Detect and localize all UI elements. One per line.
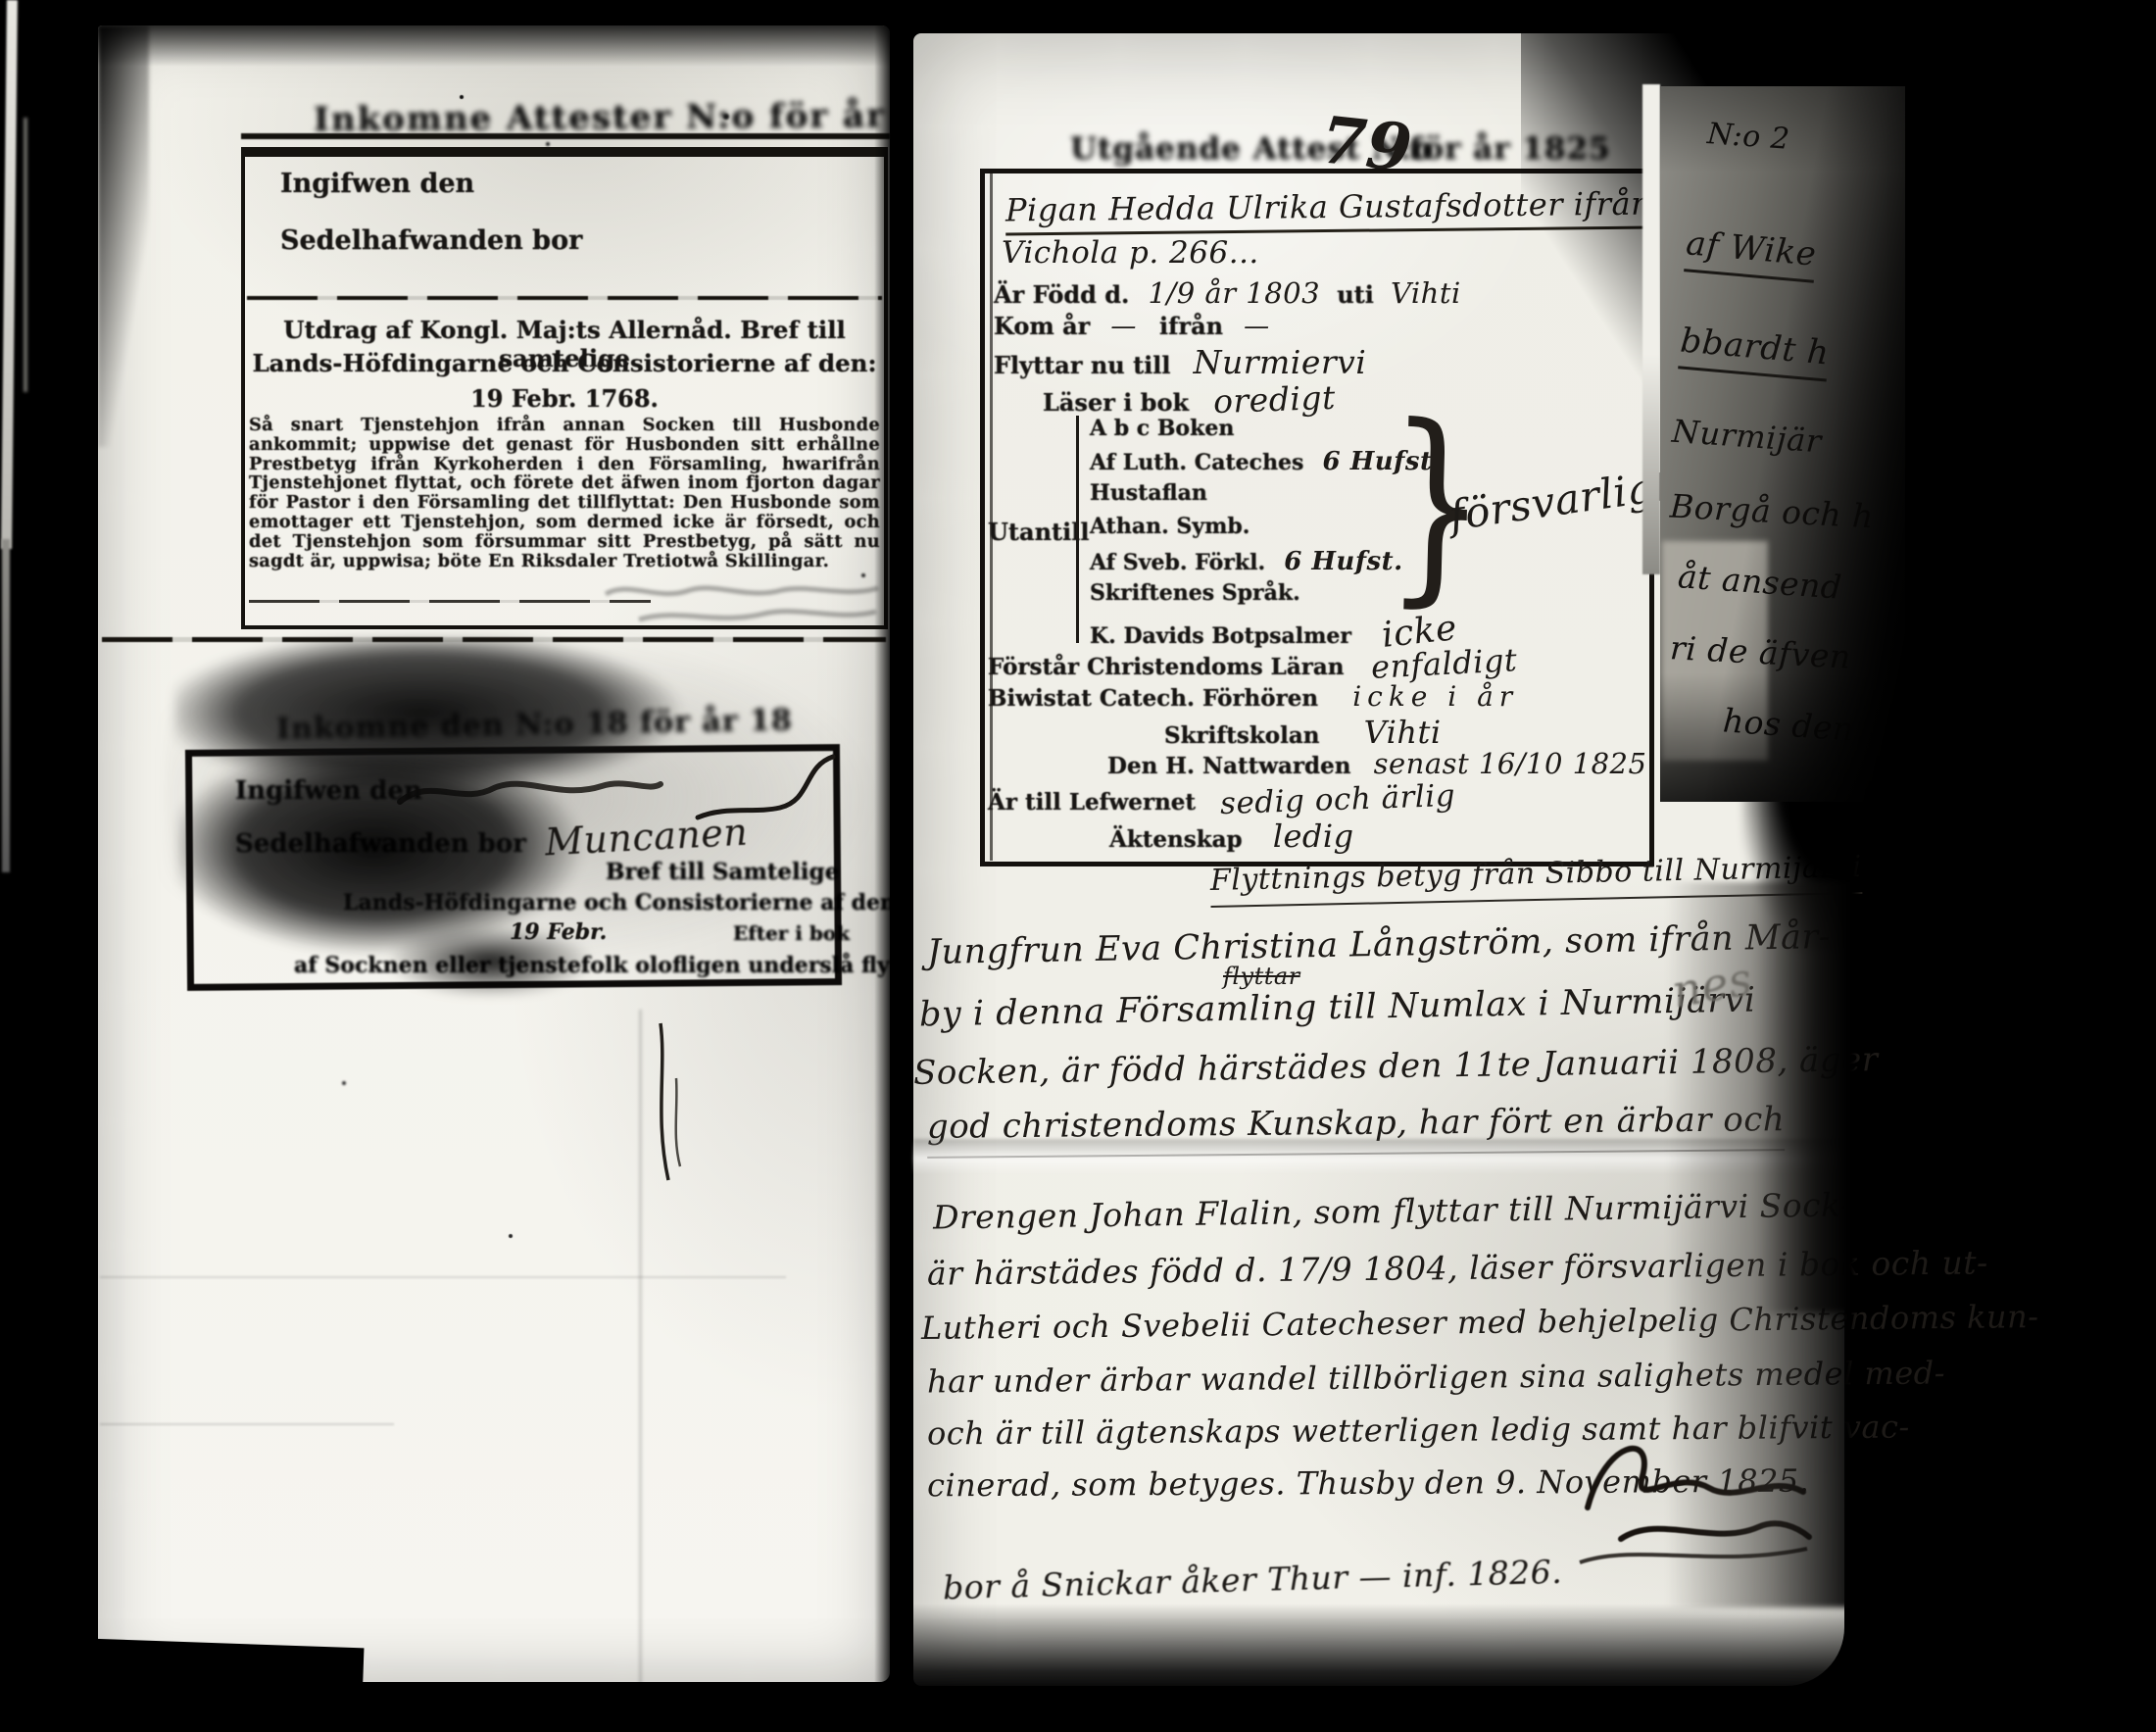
utantill-label: Utantill bbox=[988, 518, 1089, 546]
bearer-label: Sedelhafwanden bor bbox=[280, 225, 582, 256]
film-streak bbox=[2, 539, 10, 872]
catechism-item-skriftenes: Skriftenes Språk. bbox=[1090, 580, 1300, 606]
signature-scribble bbox=[1568, 1419, 1813, 1576]
right-attest-box-innerline bbox=[990, 173, 993, 861]
form-rule bbox=[247, 296, 882, 300]
biwistat-value: icke i år bbox=[1352, 680, 1518, 713]
biwistat-row: Biwistat Catech. Förhören icke i år bbox=[988, 680, 1518, 713]
lefwernet-row: Är till Lefwernet sedig och ärlig bbox=[988, 782, 1455, 817]
ink-speckles bbox=[0, 0, 2, 2]
skriftskolan-value: Vihti bbox=[1364, 714, 1442, 751]
aktenskap-value: ledig bbox=[1273, 817, 1354, 855]
decree-date: 19 Febr. 1768. bbox=[251, 384, 878, 413]
laser-value: oredigt bbox=[1213, 378, 1337, 421]
utantill-brace bbox=[1076, 416, 1079, 643]
margin-fragment-2: bbardt h bbox=[1678, 321, 1831, 381]
flyttar-label: Flyttar nu till bbox=[994, 351, 1171, 379]
skriftskolan-label: Skriftskolan bbox=[1164, 722, 1320, 749]
pen-flourish bbox=[686, 749, 853, 827]
nattwarden-value: senast 16/10 1825 bbox=[1374, 747, 1647, 780]
kom-row: Kom år — ifrån — bbox=[994, 312, 1270, 341]
form-rule bbox=[249, 600, 651, 603]
pen-mark bbox=[647, 1019, 696, 1186]
nattwarden-row: Den H. Nattwarden senast 16/10 1825 bbox=[1107, 747, 1646, 780]
margin-fragment-0: N:o 2 bbox=[1706, 117, 1791, 157]
bearer-label-2: Sedelhafwanden bor bbox=[235, 829, 526, 859]
ifran-label: ifrån bbox=[1159, 312, 1223, 340]
biwistat-label: Biwistat Catech. Förhören bbox=[988, 685, 1318, 712]
decree-body: Så snart Tjenstehjon ifrån annan Socken … bbox=[249, 416, 880, 570]
aktenskap-row: Äktenskap ledig bbox=[1109, 817, 1354, 855]
film-streak bbox=[1, 0, 18, 549]
lefwernet-value: sedig och ärlig bbox=[1220, 778, 1456, 821]
catechism-item-sveb: Af Sveb. Förkl. bbox=[1090, 550, 1265, 575]
born-place-value: Vihti bbox=[1391, 276, 1461, 310]
kom-label: Kom år bbox=[994, 312, 1090, 340]
flyttar-row: Flyttar nu till Nurmiervi bbox=[994, 343, 1366, 381]
attest-name-row: Pigan Hedda Ulrika Gustafsdotter ifrån bbox=[1005, 185, 1652, 236]
catechism-item-luth: Af Luth. Cateches bbox=[1090, 450, 1303, 475]
forstar-row: Förstår Christendoms Läran enfaldigt bbox=[988, 645, 1517, 682]
attest-name-row-2: Vichola p. 266... bbox=[1002, 235, 1259, 271]
laser-label: Läser i bok bbox=[1043, 388, 1189, 417]
page-divider-rule bbox=[102, 637, 886, 642]
nattwarden-label: Den H. Nattwarden bbox=[1107, 753, 1351, 779]
margin-fragment-4: Borgå och h bbox=[1669, 487, 1875, 536]
catechism-item-sveb-row: Af Sveb. Förkl. 6 Hufst. bbox=[1090, 547, 1403, 576]
lefwernet-label: Är till Lefwernet bbox=[988, 789, 1196, 816]
decree-title-2: Lands-Höfdingarne och Consistorierne af … bbox=[251, 349, 878, 377]
catechism-item-hustaflan: Hustaflan bbox=[1090, 480, 1207, 506]
smudged-line-2: Lands-Höfdingarne och Consistorierne af … bbox=[343, 890, 896, 915]
smudged-line-3: 19 Febr. bbox=[510, 919, 607, 945]
skriftskolan-row: Skriftskolan Vihti bbox=[1164, 714, 1442, 751]
ifran-dash: — bbox=[1244, 312, 1270, 341]
certificate-1-insert-word: flyttar bbox=[1223, 963, 1300, 990]
forstar-label: Förstår Christendoms Läran bbox=[988, 654, 1344, 680]
catechism-item-abc: A b c Boken bbox=[1090, 416, 1234, 441]
ink-scribble bbox=[392, 767, 666, 817]
ingifwen-label: Ingifwen den bbox=[280, 169, 474, 199]
smudged-line-4: Efter i bok bbox=[733, 921, 850, 945]
margin-fragment-1: af Wike bbox=[1684, 223, 1818, 282]
left-attest-box-topline bbox=[241, 133, 890, 139]
certificate-1-line-4: god christendoms Kunskap, har fört en är… bbox=[927, 1100, 1786, 1159]
born-row: Är Född d. 1/9 år 1803 uti Vihti bbox=[994, 276, 1461, 310]
film-streak bbox=[24, 118, 27, 392]
next-page-edge bbox=[1642, 84, 1660, 574]
born-value: 1/9 år 1803 bbox=[1149, 276, 1321, 310]
ghost-writing bbox=[600, 576, 884, 631]
catechism-item-athan: Athan. Symb. bbox=[1090, 514, 1249, 539]
right-page-header-suffix: för år 1825 bbox=[1409, 131, 1611, 167]
born-label: Är Född d. bbox=[994, 280, 1129, 309]
margin-fragment-3: Nurmijär bbox=[1671, 413, 1823, 461]
kom-dash: — bbox=[1110, 312, 1137, 341]
smudged-line-5: af Socknen eller tjenstefolk olofligen u… bbox=[294, 953, 923, 978]
laser-row: Läser i bok oredigt bbox=[1043, 380, 1336, 419]
next-page-margin-strip: N:o 2 af Wike bbardt h Nurmijär Borgå oc… bbox=[1660, 86, 1905, 802]
flyttar-value: Nurmiervi bbox=[1194, 343, 1367, 381]
born-uti-label: uti bbox=[1337, 280, 1374, 309]
smudged-line-1: Bref till Samtelige bbox=[606, 859, 839, 885]
aktenskap-label: Äktenskap bbox=[1109, 826, 1243, 853]
scanned-register-spread: Inkomne Attester N:o för år 18 Ingifwen … bbox=[0, 0, 2156, 1732]
